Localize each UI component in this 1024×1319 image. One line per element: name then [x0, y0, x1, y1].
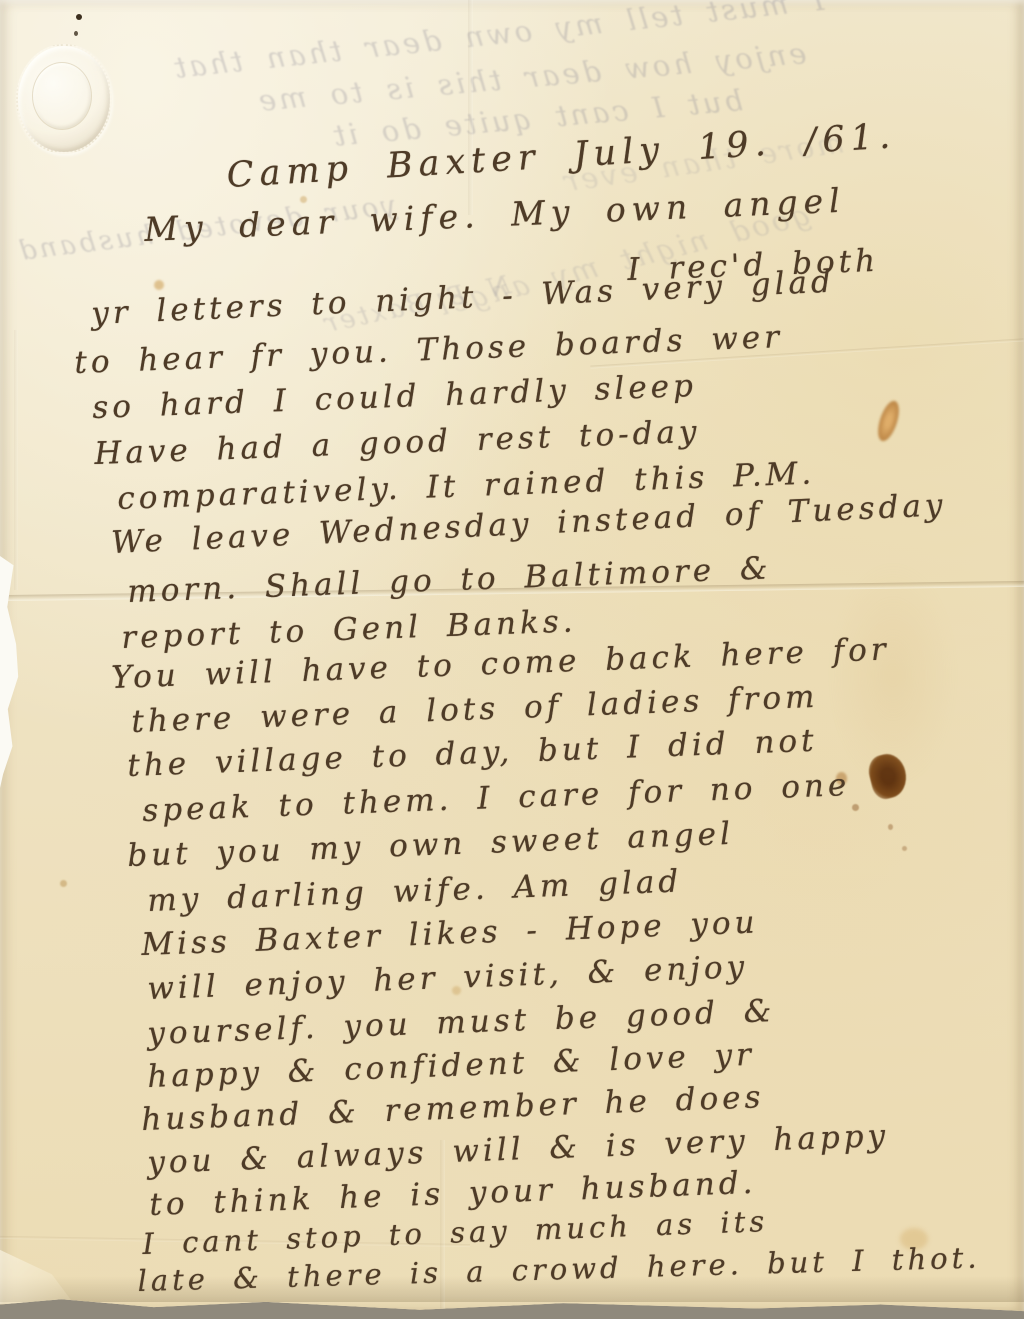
letter-scan-page: I must tell my own dear than that enjoy …	[0, 0, 1024, 1319]
embossed-seal	[16, 44, 112, 154]
stain	[852, 804, 859, 811]
corner-fold	[0, 1238, 74, 1304]
stain	[60, 880, 67, 887]
stain	[828, 560, 958, 790]
fold-crease	[14, 330, 18, 590]
ink-dot	[74, 31, 78, 36]
stain	[300, 196, 307, 203]
paper: I must tell my own dear than that enjoy …	[0, 0, 1024, 1319]
letter-line: morn. Shall go to Baltimore &	[127, 552, 772, 608]
fold-crease	[468, 0, 473, 215]
stain	[902, 846, 907, 851]
stain	[888, 824, 893, 830]
stain	[874, 398, 903, 443]
ink-dot	[76, 14, 82, 20]
embossed-seal-inner	[32, 62, 92, 130]
stain	[154, 280, 164, 290]
page-bottom-shadow	[0, 1276, 1024, 1302]
